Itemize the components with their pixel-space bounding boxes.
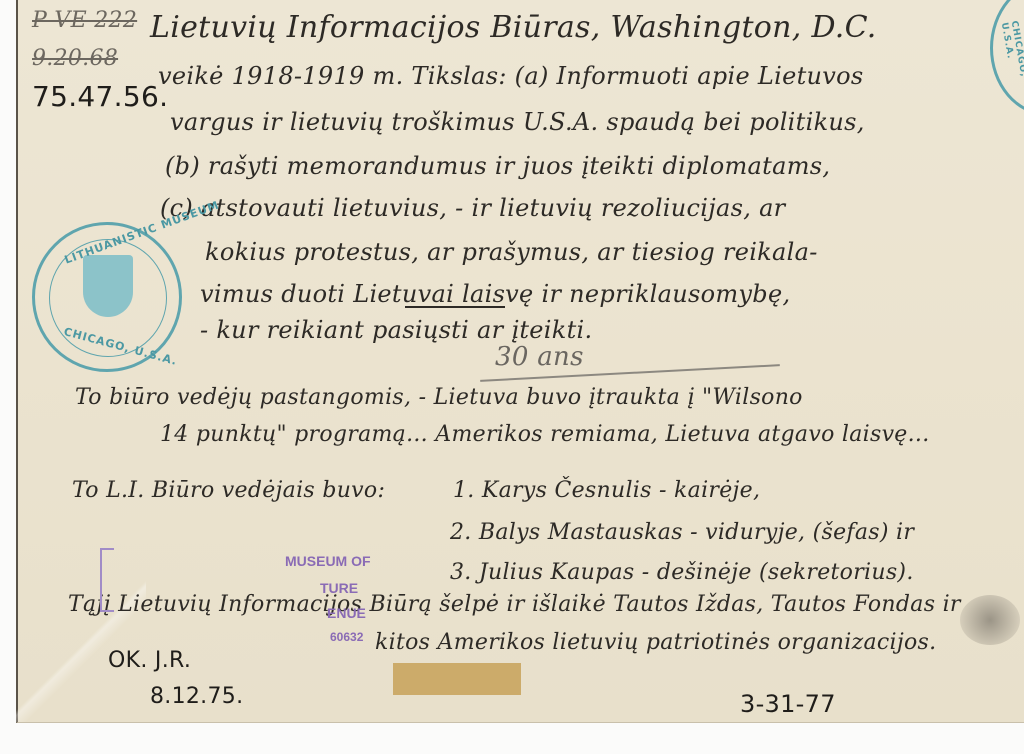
document-title: Lietuvių Informacijos Biūras, Washington… <box>150 10 877 45</box>
struck-note-2: 9.20.68 <box>32 46 118 71</box>
leader-3: 3. Julius Kaupas - dešinėje (sekretorius… <box>450 560 914 585</box>
paragraph-2-line-2: 14 punktų" programą... Amerikos remiama,… <box>160 422 930 447</box>
catalog-number: 75.47.56. <box>32 80 168 113</box>
date-note: 3-31-77 <box>740 690 836 718</box>
purple-stamp-line-1: MUSEUM OF <box>285 553 371 569</box>
paragraph-1-line-6: vimus duoti Lietuvai laisvę ir nepriklau… <box>200 280 790 308</box>
purple-stamp-bar <box>100 548 114 612</box>
tape-residue <box>393 663 521 695</box>
purple-stamp-line-2: TURE <box>320 580 358 596</box>
purple-stamp-line-4: 60632 <box>330 630 363 644</box>
approval-initials: OK. J.R. <box>108 648 191 673</box>
purple-stamp-line-3: ENUE <box>327 605 366 621</box>
paragraph-1-line-4: (c) atstovauti lietuvius, - ir lietuvių … <box>160 194 785 222</box>
vytis-shield-icon <box>83 255 133 317</box>
paragraph-3-line-1: Tąjį Lietuvių Informacijos Biūrą šelpė i… <box>68 592 961 617</box>
approval-date: 8.12.75. <box>150 684 243 709</box>
struck-note-1: P VE 222 <box>32 8 137 33</box>
leader-2: 2. Balys Mastauskas - viduryje, (šefas) … <box>450 520 914 545</box>
paragraph-1-line-5: kokius protestus, ar prašymus, ar tiesio… <box>205 238 818 266</box>
paragraph-1-line-3: (b) rašyti memorandumus ir juos įteikti … <box>165 152 830 180</box>
paragraph-2-line-1: To biūro vedėjų pastangomis, - Lietuva b… <box>75 385 803 410</box>
pencil-note: 30 ans <box>495 342 584 372</box>
paragraph-3-line-2: kitos Amerikos lietuvių patriotinės orga… <box>375 630 936 655</box>
paragraph-1-line-1: veikė 1918-1919 m. Tikslas: (a) Informuo… <box>158 62 864 90</box>
paragraph-1-line-2: vargus ir lietuvių troškimus U.S.A. spau… <box>170 108 865 136</box>
leaders-intro: To L.I. Biūro vedėjais buvo: <box>72 478 385 503</box>
ink-smudge <box>960 595 1020 645</box>
underline-lietuvai <box>405 306 505 308</box>
paragraph-1-line-7: - kur reikiant pasiųsti ar įteikti. <box>200 316 592 344</box>
leader-1: 1. Karys Česnulis - kairėje, <box>453 478 760 503</box>
